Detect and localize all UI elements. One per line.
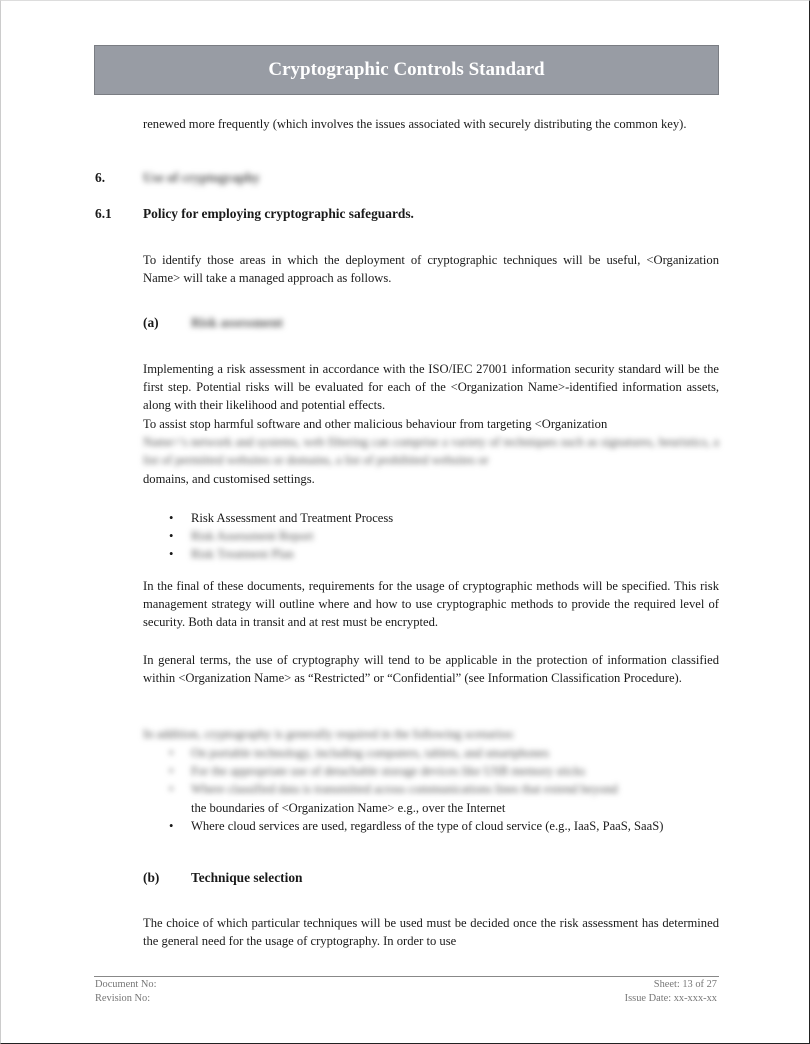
risk-assessment-paragraph: Implementing a risk assessment in accord… (143, 360, 719, 415)
document-no-label: Document No: (95, 978, 156, 992)
list-item: •Where cloud services are used, regardle… (143, 817, 719, 835)
document-title: Cryptographic Controls Standard (268, 59, 544, 81)
technique-selection-paragraph: The choice of which particular technique… (143, 914, 719, 950)
list-item: •Where classified data is transmitted ac… (143, 780, 719, 816)
document-title-bar: Cryptographic Controls Standard (94, 45, 719, 95)
list-item: •Risk Assessment and Treatment Process (143, 509, 719, 527)
item-b-title: Technique selection (191, 870, 302, 886)
documents-list: •Risk Assessment and Treatment Process •… (143, 509, 719, 564)
list-item: •For the appropriate use of detachable s… (143, 762, 719, 780)
document-page: Cryptographic Controls Standard renewed … (0, 0, 810, 1044)
list-item: •Risk Treatment Plan (143, 545, 719, 563)
section-title: Use of cryptography (143, 170, 260, 186)
section-number: 6. (95, 170, 105, 186)
issue-date: Issue Date: xx-xxx-xx (625, 992, 717, 1006)
item-b-label: (b) (143, 870, 159, 886)
footer-divider (94, 976, 719, 977)
subsection-number: 6.1 (95, 206, 112, 222)
footer-right: Sheet: 13 of 27 Issue Date: xx-xxx-xx (625, 978, 717, 1006)
bullet-icon: • (169, 744, 173, 762)
footer-left: Document No: Revision No: (95, 978, 156, 1006)
bullet-icon: • (169, 780, 173, 798)
bullet-icon: • (169, 817, 173, 835)
intro-paragraph: To identify those areas in which the dep… (143, 251, 719, 287)
list-item: •Risk Assessment Report (143, 527, 719, 545)
revision-no-label: Revision No: (95, 992, 156, 1006)
requirements-paragraph: In the final of these documents, require… (143, 577, 719, 632)
bullet-icon: • (169, 527, 173, 545)
subsection-title: Policy for employing cryptographic safeg… (143, 206, 414, 222)
web-filtering-line-start: To assist stop harmful software and othe… (143, 415, 719, 433)
item-a-title: Risk assessment (191, 315, 283, 331)
web-filtering-paragraph: To assist stop harmful software and othe… (143, 415, 719, 488)
web-filtering-line-end: domains, and customised settings. (143, 470, 719, 488)
general-terms-paragraph: In general terms, the use of cryptograph… (143, 651, 719, 687)
item-a-label: (a) (143, 315, 159, 331)
scenarios-list: •On portable technology, including compu… (143, 744, 719, 835)
web-filtering-blurred-text: Name>'s network and systems, web filteri… (143, 433, 719, 469)
list-item: •On portable technology, including compu… (143, 744, 719, 762)
scenarios-intro: In addition, cryptography is generally r… (143, 725, 719, 743)
bullet-icon: • (169, 545, 173, 563)
sheet-number: Sheet: 13 of 27 (625, 978, 717, 992)
bullet-icon: • (169, 762, 173, 780)
bullet-icon: • (169, 509, 173, 527)
continuation-paragraph: renewed more frequently (which involves … (143, 115, 719, 133)
